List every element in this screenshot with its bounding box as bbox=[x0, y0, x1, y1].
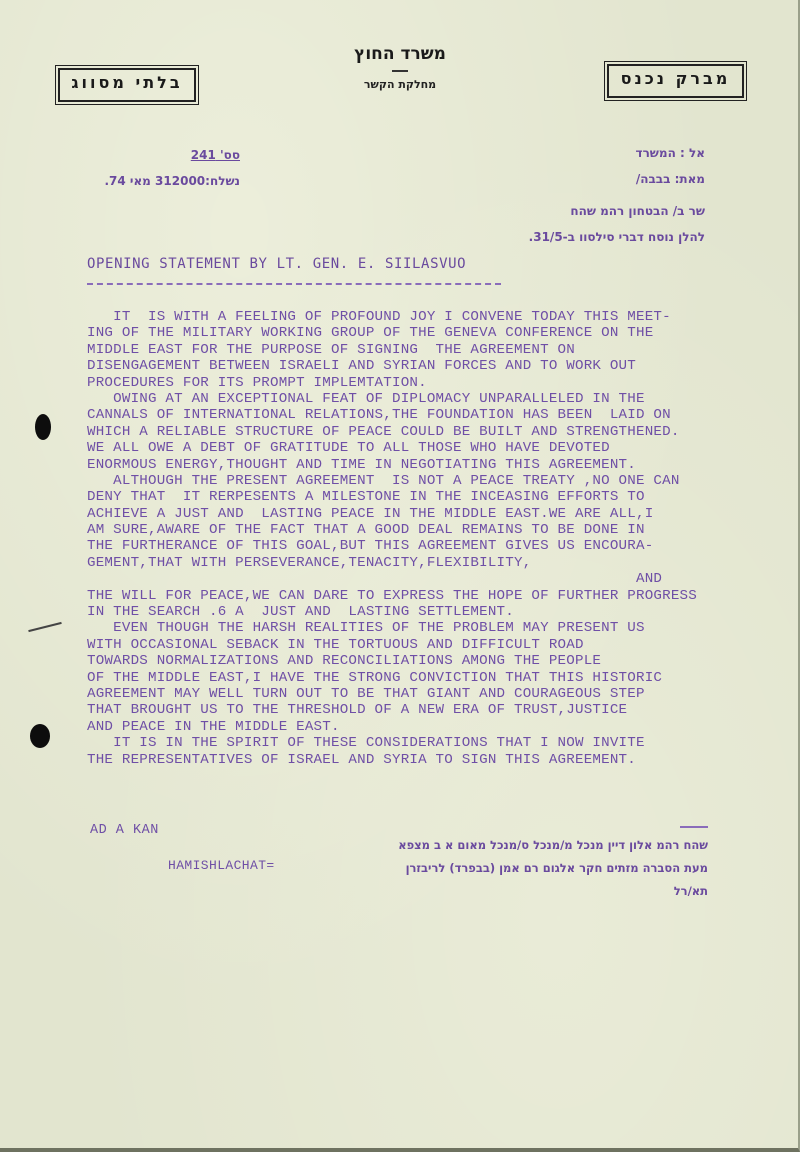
body-line: WHICH A RELIABLE STRUCTURE OF PEACE COUL… bbox=[87, 424, 787, 440]
body-line: THE FURTHERANCE OF THIS GOAL,BUT THIS AG… bbox=[87, 538, 787, 554]
recipients-line: שר ב/ הבטחון רהמ שהח bbox=[480, 204, 705, 218]
telegram-type-stamp: מברק נכנס bbox=[607, 64, 744, 98]
ink-blot-mark bbox=[35, 414, 51, 440]
body-line: AND bbox=[87, 571, 787, 587]
telegram-page: בלתי מסווג משרד החוץ מחלקת הקשר מברק נכנ… bbox=[0, 0, 800, 1152]
pen-mark bbox=[28, 622, 61, 632]
body-line: ALTHOUGH THE PRESENT AGREEMENT IS NOT A … bbox=[87, 473, 787, 489]
operator-initials: תא/רל bbox=[640, 884, 708, 898]
body-line: DISENGAGEMENT BETWEEN ISRAELI AND SYRIAN… bbox=[87, 358, 787, 374]
body-line: TOWARDS NORMALIZATIONS AND RECONCILIATIO… bbox=[87, 653, 787, 669]
body-line: THAT BROUGHT US TO THE THRESHOLD OF A NE… bbox=[87, 702, 787, 718]
body-line: AGREEMENT MAY WELL TURN OUT TO BE THAT G… bbox=[87, 686, 787, 702]
body-line: EVEN THOUGH THE HARSH REALITIES OF THE P… bbox=[87, 620, 787, 636]
to-line: אל : המשרד bbox=[560, 146, 705, 160]
header-divider bbox=[392, 70, 408, 72]
ink-blot-mark bbox=[30, 724, 50, 748]
body-line: THE WILL FOR PEACE,WE CAN DARE TO EXPRES… bbox=[87, 588, 787, 604]
distribution-line-1: שהח רהמ אלון דיין מנכל מ/מנכל ס/מנכל מאו… bbox=[280, 838, 708, 852]
classification-stamp: בלתי מסווג bbox=[58, 68, 196, 102]
body-line: OF THE MIDDLE EAST,I HAVE THE STRONG CON… bbox=[87, 670, 787, 686]
title-underline bbox=[87, 283, 501, 285]
body-line: AM SURE,AWARE OF THE FACT THAT A GOOD DE… bbox=[87, 522, 787, 538]
hamishlachat-label: HAMISHLACHAT= bbox=[168, 858, 275, 873]
serial-number: סס' 241 bbox=[180, 148, 240, 162]
from-line: מאת: בבבה/ bbox=[560, 172, 705, 186]
signature-dash bbox=[680, 826, 708, 828]
body-line: IT IS IN THE SPIRIT OF THESE CONSIDERATI… bbox=[87, 735, 787, 751]
body-line: MIDDLE EAST FOR THE PURPOSE OF SIGNING T… bbox=[87, 342, 787, 358]
body-line: CANNALS OF INTERNATIONAL RELATIONS,THE F… bbox=[87, 407, 787, 423]
body-line: ENORMOUS ENERGY,THOUGHT AND TIME IN NEGO… bbox=[87, 457, 787, 473]
body-line: IT IS WITH A FEELING OF PROFOUND JOY I C… bbox=[87, 309, 787, 325]
statement-title: OPENING STATEMENT BY LT. GEN. E. SIILASV… bbox=[87, 256, 466, 272]
body-line: OWING AT AN EXCEPTIONAL FEAT OF DIPLOMAC… bbox=[87, 391, 787, 407]
sent-timestamp: נשלח:312000 מאי 74. bbox=[80, 174, 240, 188]
statement-body: IT IS WITH A FEELING OF PROFOUND JOY I C… bbox=[87, 309, 787, 768]
body-line: WE ALL OWE A DEBT OF GRATITUDE TO ALL TH… bbox=[87, 440, 787, 456]
distribution-line-2: מעת הסברה מזתים חקר אלגום רם אמן (בבפרד)… bbox=[300, 861, 708, 875]
body-line: WITH OCCASIONAL SEBACK IN THE TORTUOUS A… bbox=[87, 637, 787, 653]
department-name: מחלקת הקשר bbox=[340, 78, 460, 91]
body-line: ING OF THE MILITARY WORKING GROUP OF THE… bbox=[87, 325, 787, 341]
end-of-message-marker: AD A KAN bbox=[90, 823, 159, 838]
body-line: PROCEDURES FOR ITS PROMPT IMPLEMTATION. bbox=[87, 375, 787, 391]
body-line: IN THE SEARCH .6 A JUST AND LASTING SETT… bbox=[87, 604, 787, 620]
subject-line: להלן נוסח דברי סילסוו ב-31/5. bbox=[420, 230, 705, 244]
body-line: THE REPRESENTATIVES OF ISRAEL AND SYRIA … bbox=[87, 752, 787, 768]
body-line: AND PEACE IN THE MIDDLE EAST. bbox=[87, 719, 787, 735]
ministry-title: משרד החוץ bbox=[330, 44, 470, 64]
body-line: DENY THAT IT RERPESENTS A MILESTONE IN T… bbox=[87, 489, 787, 505]
body-line: GEMENT,THAT WITH PERSEVERANCE,TENACITY,F… bbox=[87, 555, 787, 571]
body-line: ACHIEVE A JUST AND LASTING PEACE IN THE … bbox=[87, 506, 787, 522]
